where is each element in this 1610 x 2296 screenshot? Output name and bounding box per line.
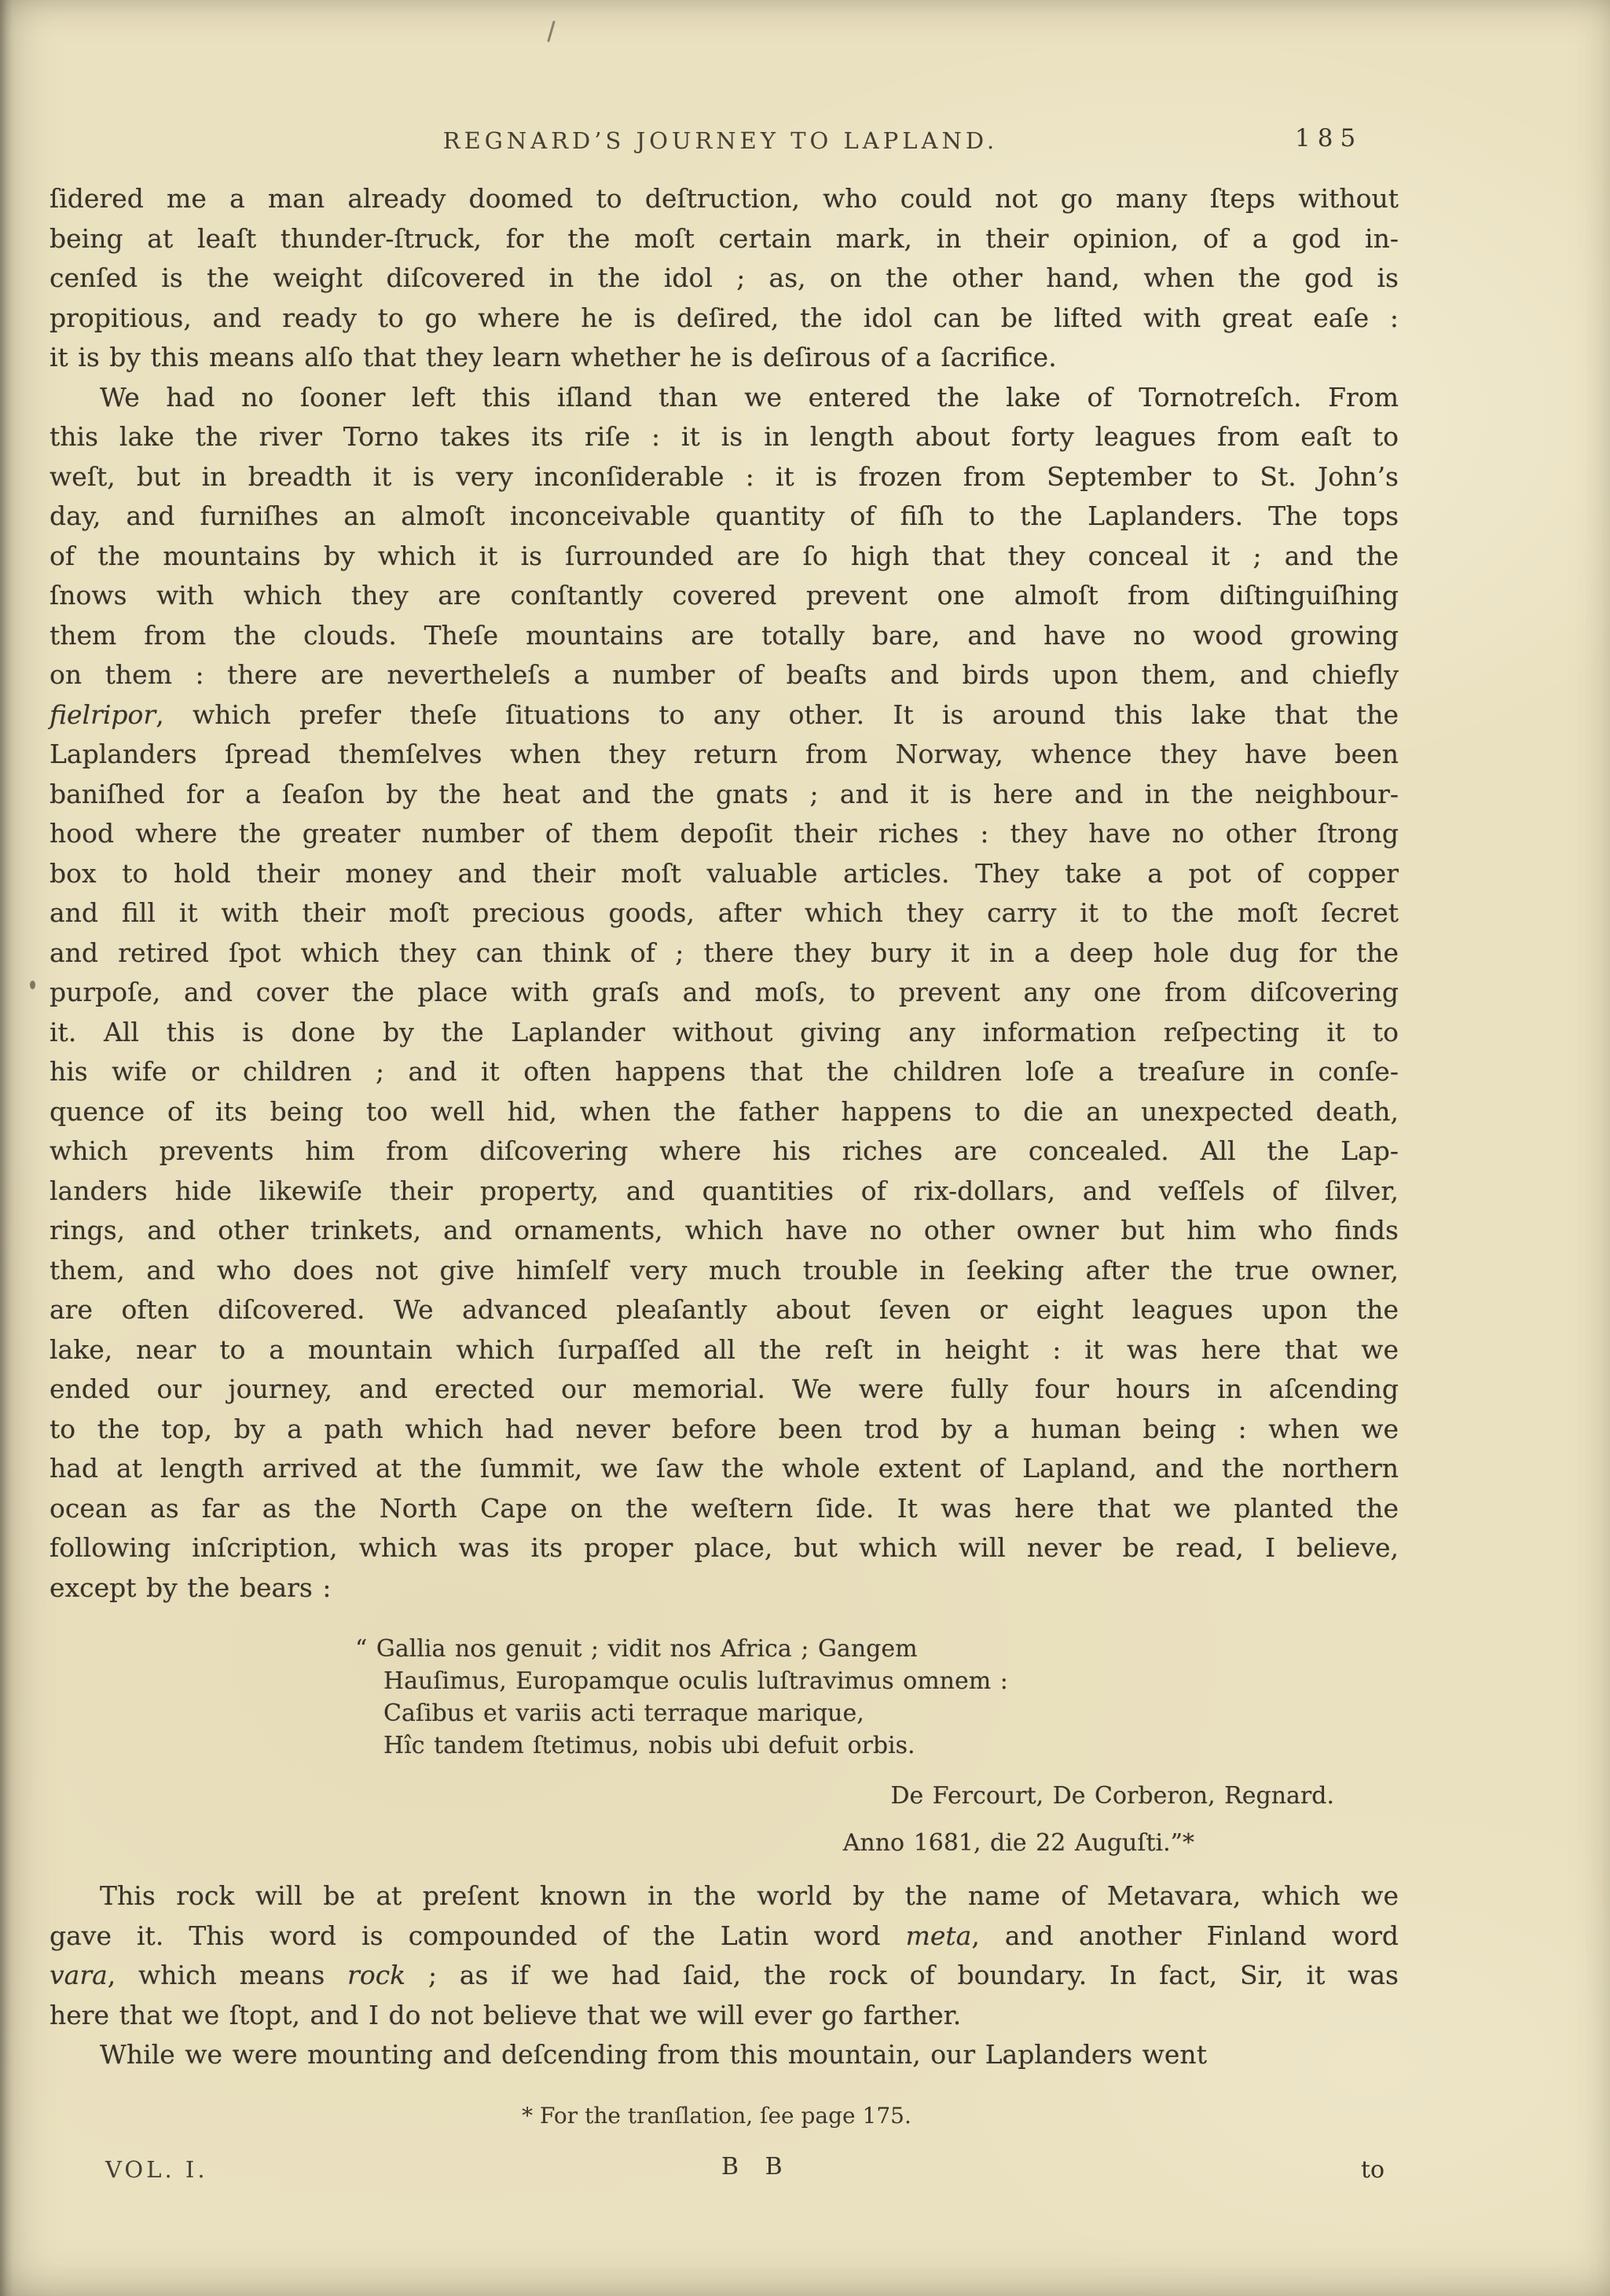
text-line: vara, which means rock ; as if we had ſa… [50,1956,1399,1996]
text-line: it is by this means alſo that they learn… [50,338,1399,378]
text-line: day, and furniſhes an almoſt inconceivab… [50,497,1399,537]
text-line: Hîc tandem ſtetimus, nobis ubi defuit or… [355,1729,1141,1762]
text-line: While we were mounting and deſcending fr… [50,2035,1399,2075]
book-page-scan: REGNARD’S JOURNEY TO LAPLAND. 185 ſidere… [0,0,1610,2296]
paragraph-while-mounting: While we were mounting and deſcending fr… [50,2035,1399,2075]
paragraph-continuation: ſidered me a man already doomed to deſtr… [50,179,1399,378]
text-line: ſnows with which they are conſtantly cov… [50,576,1399,616]
paragraph-metavara: This rock will be at preſent known in th… [50,1876,1399,2035]
text-line: them from the clouds. Theſe mountains ar… [50,616,1399,656]
text-line: on them : there are nevertheleſs a numbe… [50,655,1399,695]
text-line: his wife or children ; and it often happ… [50,1052,1399,1092]
margin-ink-spot [30,981,35,989]
text-line: here that we ſtopt, and I do not believe… [50,1996,1399,2036]
text-line: baniſhed for a ſeaſon by the heat and th… [50,775,1399,815]
page-number: 185 [1295,124,1362,152]
text-line: Laplanders ſpread themſelves when they r… [50,735,1399,775]
catchword: to [1361,2156,1384,2184]
text-line: which prevents him from diſcovering wher… [50,1131,1399,1172]
text-line: except by the bears : [50,1568,1399,1608]
text-line: and retired ſpot which they can think of… [50,933,1399,974]
text-line: ſidered me a man already doomed to deſtr… [50,179,1399,219]
text-line: ended our journey, and erected our memor… [50,1370,1399,1410]
text-line: being at leaſt thunder-ſtruck, for the m… [50,219,1399,259]
attribution-names: De Fercourt, De Corberon, Regnard. [50,1773,1399,1820]
footnote: * For the tranſlation, ſee page 175. [522,2103,911,2129]
scan-edge-shadow [0,0,13,2296]
scan-artifact-mark [547,20,556,42]
text-line: it. All this is done by the Laplander wi… [50,1013,1399,1053]
text-line: landers hide likewiſe their property, an… [50,1172,1399,1212]
text-line: are often diſcovered. We advanced pleaſa… [50,1290,1399,1330]
printer-signature-mark: B B [721,2153,792,2180]
text-line: lake, near to a mountain which ſurpaſſed… [50,1330,1399,1370]
text-line: gave it. This word is compounded of the … [50,1916,1399,1957]
latin-inscription-verse: “ Gallia nos genuit ; vidit nos Africa ;… [355,1633,1141,1762]
text-line: We had no ſooner left this iſland than w… [50,378,1399,418]
text-line: Hauſimus, Europamque oculis luſtravimus … [355,1665,1141,1697]
text-line: “ Gallia nos genuit ; vidit nos Africa ;… [355,1633,1141,1665]
attribution-date: Anno 1681, die 22 Auguſti.”* [50,1820,1399,1867]
body-text: ſidered me a man already doomed to deſtr… [50,179,1399,2075]
text-line: hood where the greater number of them de… [50,814,1399,854]
text-line: fielripor, which prefer theſe ſituations… [50,695,1399,735]
text-line: quence of its being too well hid, when t… [50,1092,1399,1132]
text-line: purpoſe, and cover the place with graſs … [50,973,1399,1013]
running-header: REGNARD’S JOURNEY TO LAPLAND. [443,127,999,154]
text-line: Caſibus et variis acti terraque marique, [355,1697,1141,1729]
text-line: propitious, and ready to go where he is … [50,299,1399,339]
paragraph-lake-tornotresch: We had no ſooner left this iſland than w… [50,378,1399,1608]
volume-label: VOL. I. [105,2156,208,2183]
text-line: This rock will be at preſent known in th… [50,1876,1399,1916]
text-line: to the top, by a path which had never be… [50,1410,1399,1450]
text-line: box to hold their money and their moſt v… [50,854,1399,894]
text-line: ocean as far as the North Cape on the we… [50,1489,1399,1529]
text-line: them, and who does not give himſelf very… [50,1251,1399,1291]
text-line: and fill it with their moſt precious goo… [50,893,1399,933]
text-line: of the mountains by which it is ſurround… [50,537,1399,577]
inscription-attribution: De Fercourt, De Corberon, Regnard. Anno … [50,1773,1399,1867]
text-line: following inſcription, which was its pro… [50,1528,1399,1568]
text-line: this lake the river Torno takes its riſe… [50,417,1399,457]
text-line: had at length arrived at the ſummit, we … [50,1449,1399,1489]
text-line: cenſed is the weight diſcovered in the i… [50,259,1399,299]
text-line: weſt, but in breadth it is very inconſid… [50,457,1399,497]
text-line: rings, and other trinkets, and ornaments… [50,1211,1399,1251]
